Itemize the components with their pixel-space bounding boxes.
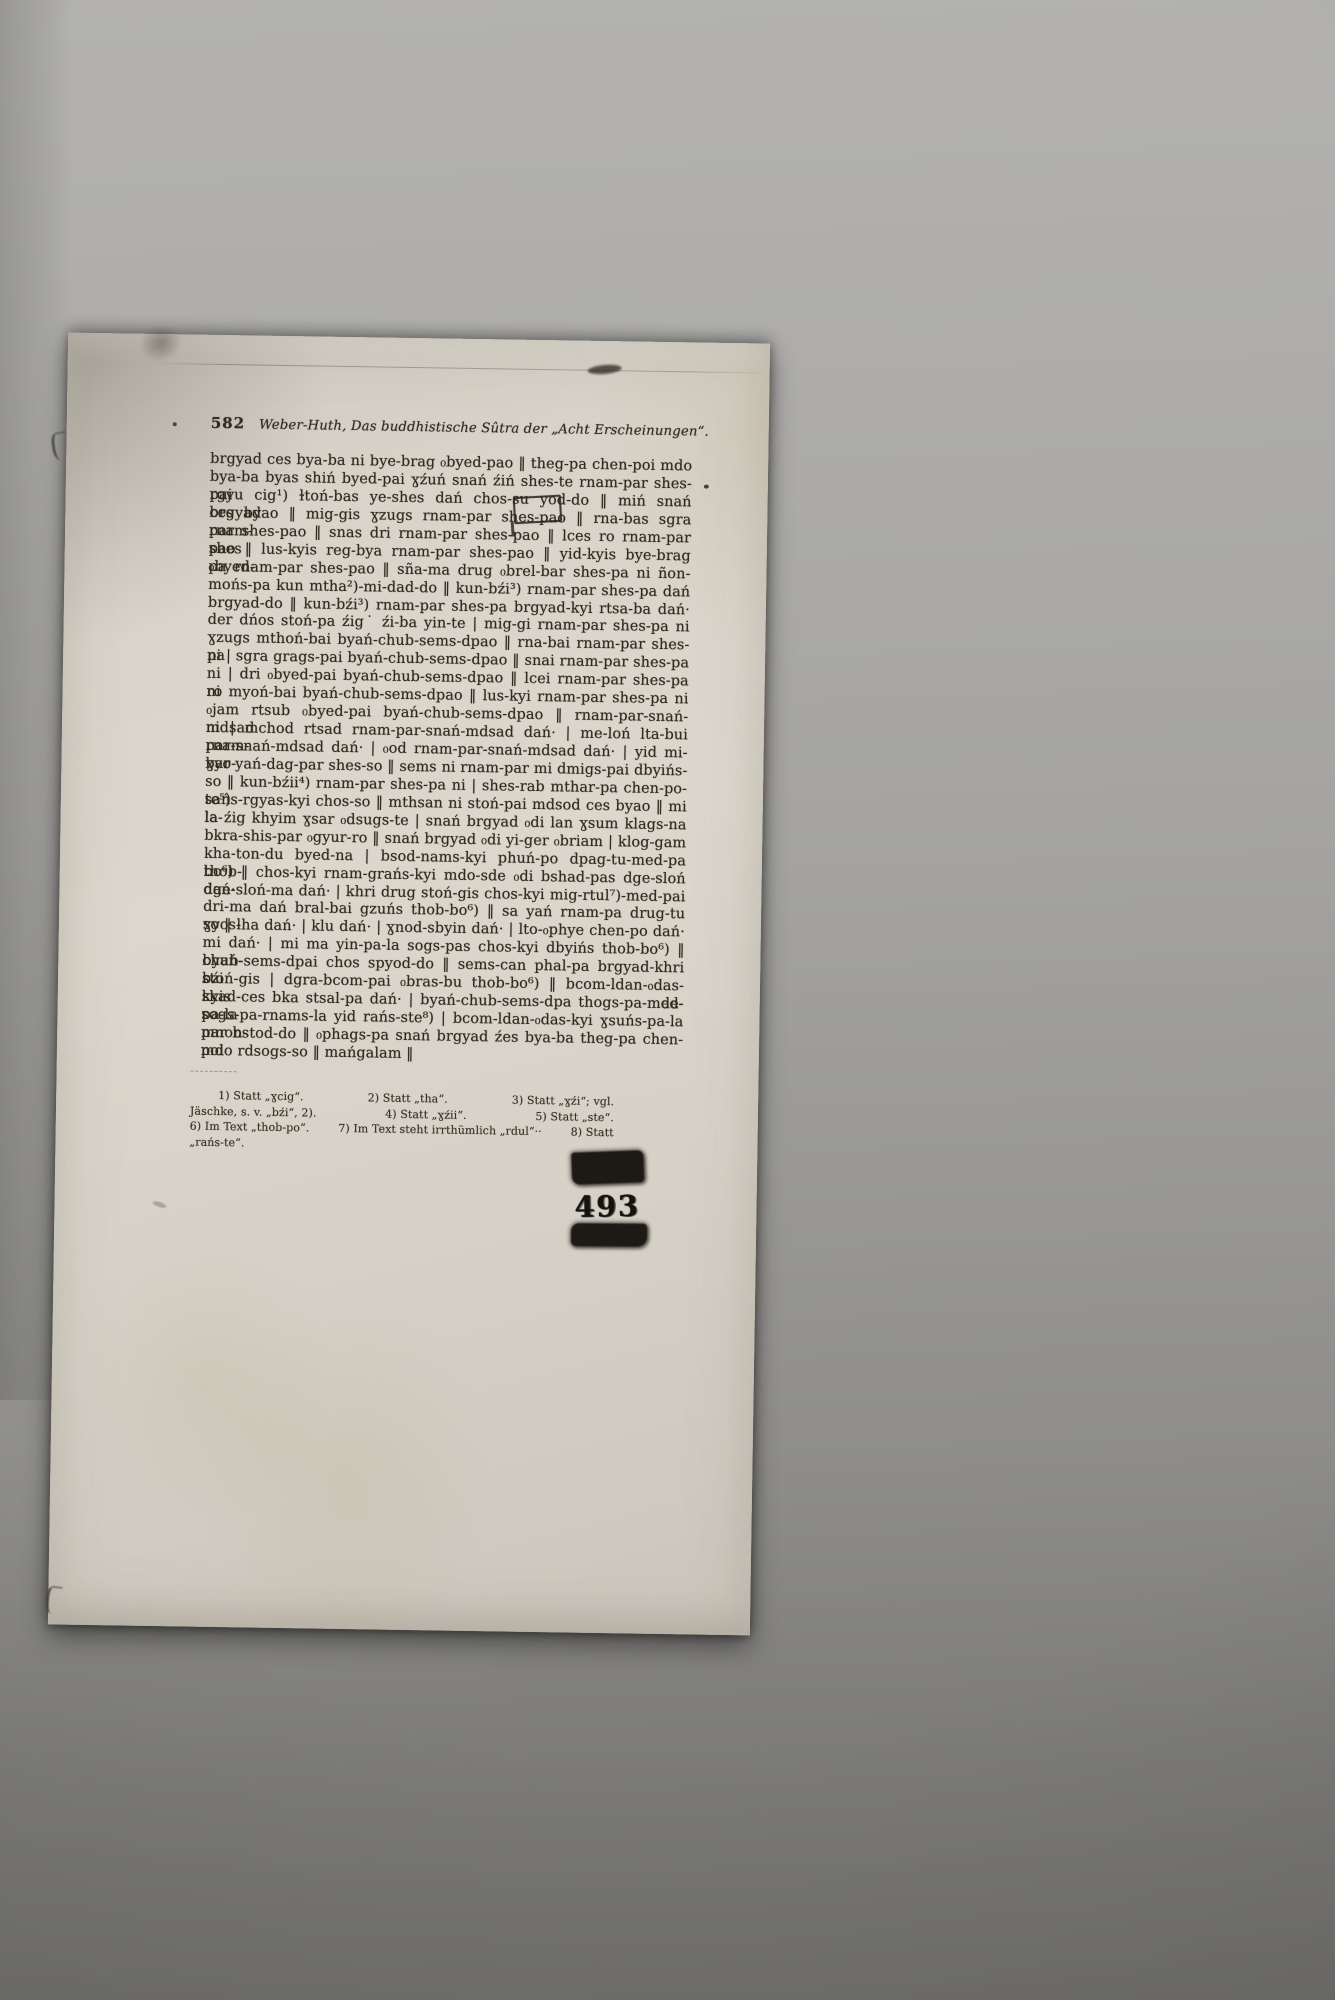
staple-mark-bottom (45, 1585, 63, 1614)
stamp-number: 493 (574, 1189, 640, 1224)
footnote-separator (191, 1071, 237, 1073)
footnote-entry: 7) Im Text steht irrthümlich „rdul“·· (338, 1121, 542, 1140)
redaction-bar-bottom (571, 1223, 647, 1247)
ink-dot (173, 422, 177, 426)
header-title: Weber-Huth, Das buddhistische Sûtra der … (259, 418, 709, 440)
margin-ink-dot (704, 485, 709, 489)
footnote-entry: 3) Statt „ɣźi“; vgl. (512, 1093, 615, 1110)
footnotes: 1) Statt „ɣcig“.2) Statt „tha“.3) Statt … (189, 1088, 614, 1157)
footnote-entry: 5) Statt „ste“. (535, 1109, 614, 1126)
header-page-number: 582 (211, 414, 246, 433)
footnote-entry: 8) Statt (571, 1125, 614, 1141)
body-text: brgyad ces bya-ba ni bye-brag ₀byed-pao … (201, 451, 693, 1068)
crease-line (154, 363, 770, 374)
footnote-entry: 6) Im Text „thob-po“. (190, 1119, 310, 1136)
photograph-of-book-page: 582Weber-Huth, Das buddhistische Sûtra d… (0, 0, 1335, 2000)
footnote-entry: 1) Statt „ɣcig“. (218, 1088, 304, 1105)
redaction-bar-top (571, 1150, 644, 1185)
footnote-entry: „rańs-te“. (189, 1134, 244, 1150)
ink-blot (587, 364, 622, 376)
photo-paper: 582Weber-Huth, Das buddhistische Sûtra d… (48, 333, 770, 1636)
handwritten-box-annotation (513, 495, 562, 525)
footnote-entry: 4) Statt „ɣźii“. (385, 1106, 467, 1123)
pencil-mark (152, 1200, 167, 1209)
footnote-entry: 2) Statt „tha“. (368, 1090, 448, 1107)
page-header: 582Weber-Huth, Das buddhistische Sûtra d… (211, 413, 691, 440)
